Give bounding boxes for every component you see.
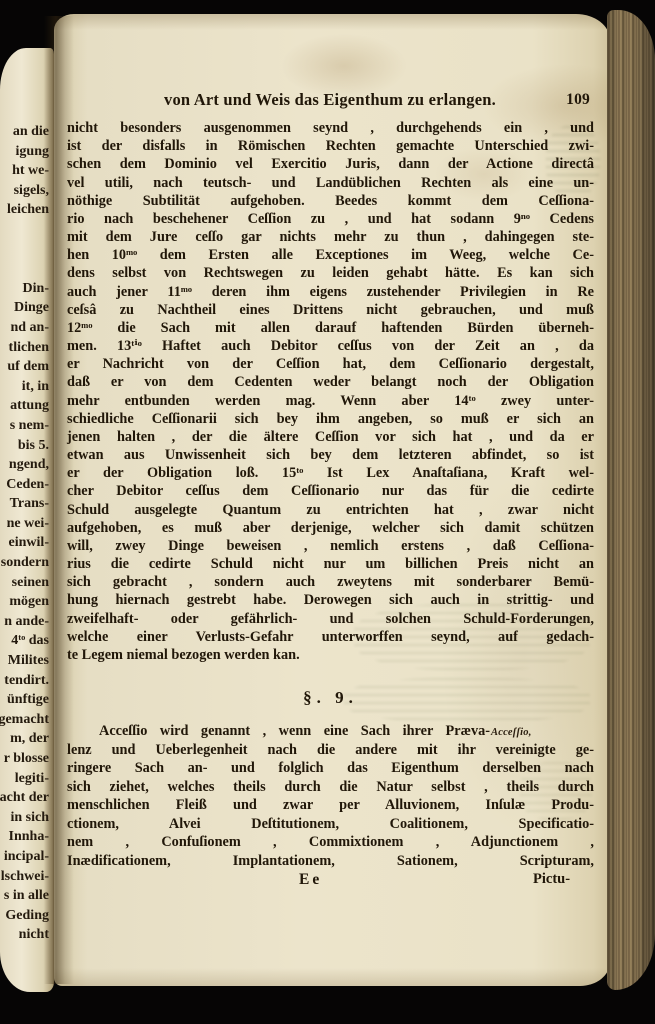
text-line: attung bbox=[0, 398, 49, 418]
text-line: 12ᵐᵒ die Sach mit allen darauf haftenden… bbox=[67, 320, 594, 338]
text-line: Geding bbox=[0, 908, 49, 928]
text-line: ne wei- bbox=[0, 516, 49, 536]
text-line: m, der bbox=[0, 731, 49, 751]
text-line: tlichen bbox=[0, 340, 49, 360]
text-line: Milites bbox=[0, 653, 49, 673]
text-line: auch jener 11ᵐᵒ deren ihm eigens zustehe… bbox=[67, 284, 594, 302]
text-line: Dinge bbox=[0, 300, 49, 320]
text-line: legiti- bbox=[0, 771, 49, 791]
text-line: it, in bbox=[0, 379, 49, 399]
text-line: leichen bbox=[0, 202, 49, 222]
running-header-title: von Art und Weis das Eigenthum zu erlang… bbox=[164, 90, 496, 109]
text-line: cher Debitor ceſſus dem Ceſſionario nur … bbox=[67, 483, 594, 501]
text-line: will, zwey Dinge beweisen , nemlich erst… bbox=[67, 538, 594, 556]
text-line: 4ᵗᵒ das bbox=[0, 633, 49, 653]
text-line bbox=[0, 222, 49, 242]
text-line: uf dem bbox=[0, 359, 49, 379]
text-line: s nem- bbox=[0, 418, 49, 438]
text-line: Din- bbox=[0, 281, 49, 301]
text-line: Schuld ausgelegte Quantum zu entrichten … bbox=[67, 502, 594, 520]
running-header: von Art und Weis das Eigenthum zu erlang… bbox=[68, 90, 592, 112]
text-line: nicht bbox=[0, 927, 49, 947]
text-line: te Legem niemal bezogen werden kan. bbox=[67, 647, 594, 665]
text-line: aufgehoben, es muß aber derjenige, welch… bbox=[67, 520, 594, 538]
text-line: nicht besonders ausgenommen seynd , durc… bbox=[67, 120, 594, 138]
text-line: Trans- bbox=[0, 496, 49, 516]
text-line: sigels, bbox=[0, 183, 49, 203]
text-line: ünftige bbox=[0, 692, 49, 712]
text-line: bis 5. bbox=[0, 438, 49, 458]
text-line: dens selbst von Rechtswegen zu leiden ge… bbox=[67, 265, 594, 283]
text-line: mehr entbunden werden mag. Wenn aber 14ᵗ… bbox=[67, 393, 594, 411]
text-line: sich gebracht , sondern auch zweytens mi… bbox=[67, 574, 594, 592]
previous-page-text-fragments: an dieigunght we-sigels,leichenDin-Dinge… bbox=[0, 124, 49, 947]
text-line: etwan aus Unwissenheit sich bey dem letz… bbox=[67, 447, 594, 465]
previous-page-edge: an dieigunght we-sigels,leichenDin-Dinge… bbox=[0, 48, 54, 992]
text-line: hen 10ᵐᵒ dem Ersten alle Exceptiones im … bbox=[67, 247, 594, 265]
text-line: ngend, bbox=[0, 457, 49, 477]
text-line: rio nach beschehener Ceſſion zu , und ha… bbox=[67, 211, 594, 229]
text-line: in sich bbox=[0, 810, 49, 830]
text-line bbox=[0, 242, 49, 262]
book-page: von Art und Weis das Eigenthum zu erlang… bbox=[54, 14, 610, 986]
text-line: gemacht bbox=[0, 712, 49, 732]
text-line: tendirt. bbox=[0, 673, 49, 693]
text-line: lenz und Ueberlegenheit nach die andere … bbox=[67, 742, 594, 761]
text-line: n ande- bbox=[0, 614, 49, 634]
text-line: welche einer Verlusts-Gefahr unterworffe… bbox=[67, 629, 594, 647]
text-line: an die bbox=[0, 124, 49, 144]
text-line: zweifelhaft- oder gefährlich- und solche… bbox=[67, 611, 594, 629]
text-line: lschwei- bbox=[0, 869, 49, 889]
text-line: incipal- bbox=[0, 849, 49, 869]
text-line: mögen bbox=[0, 594, 49, 614]
text-line: ringere Sach an- und folglich das Eigent… bbox=[67, 760, 594, 779]
paragraph-1: nicht besonders ausgenommen seynd , durc… bbox=[67, 120, 594, 665]
text-line: nem , Confuſionem , Commixtionem , Adjun… bbox=[67, 834, 594, 853]
text-line: menschlichen Fleiß und zwar per Alluvion… bbox=[67, 797, 594, 816]
text-line: ctionem, Alvei Deſtitutionem, Coalitione… bbox=[67, 816, 594, 835]
text-line: schiedliche Ceſſionarii sich bey ihm ang… bbox=[67, 411, 594, 429]
text-line: ht we- bbox=[0, 163, 49, 183]
margin-note-accessio: Acceſſio, bbox=[491, 727, 591, 738]
page-number: 109 bbox=[566, 91, 590, 109]
text-line: nd an- bbox=[0, 320, 49, 340]
catchword: Pictu- bbox=[533, 871, 570, 888]
text-line: seinen bbox=[0, 575, 49, 595]
text-line: mit dem Jure ceſſo gar nichts mehr zu th… bbox=[67, 229, 594, 247]
text-line: sondern bbox=[0, 555, 49, 575]
text-line: einwil- bbox=[0, 535, 49, 555]
text-line: men. 13ᵗⁱᵒ Haftet auch Debitor ceſſus vo… bbox=[67, 338, 594, 356]
text-line: rius die cedirte Schuld nicht nur um bil… bbox=[67, 556, 594, 574]
text-line: sich ziehet, welches theils durch die Na… bbox=[67, 779, 594, 798]
text-line: er der Obligation loß. 15ᵗᵒ Ist Lex Anaſ… bbox=[67, 465, 594, 483]
paragraph-2: Acceſſio wird genannt , wenn eine Sach i… bbox=[67, 723, 594, 871]
section-heading: §. 9. bbox=[67, 688, 594, 712]
fore-edge-page-stack bbox=[607, 10, 655, 990]
text-line: Ceden- bbox=[0, 477, 49, 497]
text-line: acht der bbox=[0, 790, 49, 810]
signature-line: Ee Pictu- bbox=[67, 871, 594, 891]
text-line: schen dem Dominio vel Exercitio Juris, d… bbox=[67, 156, 594, 174]
text-line: Inædificationem, Implantationem, Satione… bbox=[67, 853, 594, 872]
text-line: nöthige Subtilität aufgehoben. Beedes ko… bbox=[67, 193, 594, 211]
signature-mark: Ee bbox=[299, 871, 322, 889]
text-line: Innha- bbox=[0, 829, 49, 849]
text-line: jenen halten , der die ältere Ceſſion vo… bbox=[67, 429, 594, 447]
text-line: ist der disfalls in Römischen Rechten ge… bbox=[67, 138, 594, 156]
text-line: r blosse bbox=[0, 751, 49, 771]
text-line: vel utili, nach teutsch- und Landübliche… bbox=[67, 175, 594, 193]
text-line: hung hiernach gestrebt habe. Derowegen s… bbox=[67, 592, 594, 610]
text-line: igung bbox=[0, 144, 49, 164]
text-line bbox=[0, 261, 49, 281]
text-line: er Nachricht von der Ceſſion hat, dem Ce… bbox=[67, 356, 594, 374]
text-line: daß er von dem Cedenten weder belangt no… bbox=[67, 374, 594, 392]
text-line: s in alle bbox=[0, 888, 49, 908]
text-line: ceſsâ zu Nachtheil eines Drittens nicht … bbox=[67, 302, 594, 320]
